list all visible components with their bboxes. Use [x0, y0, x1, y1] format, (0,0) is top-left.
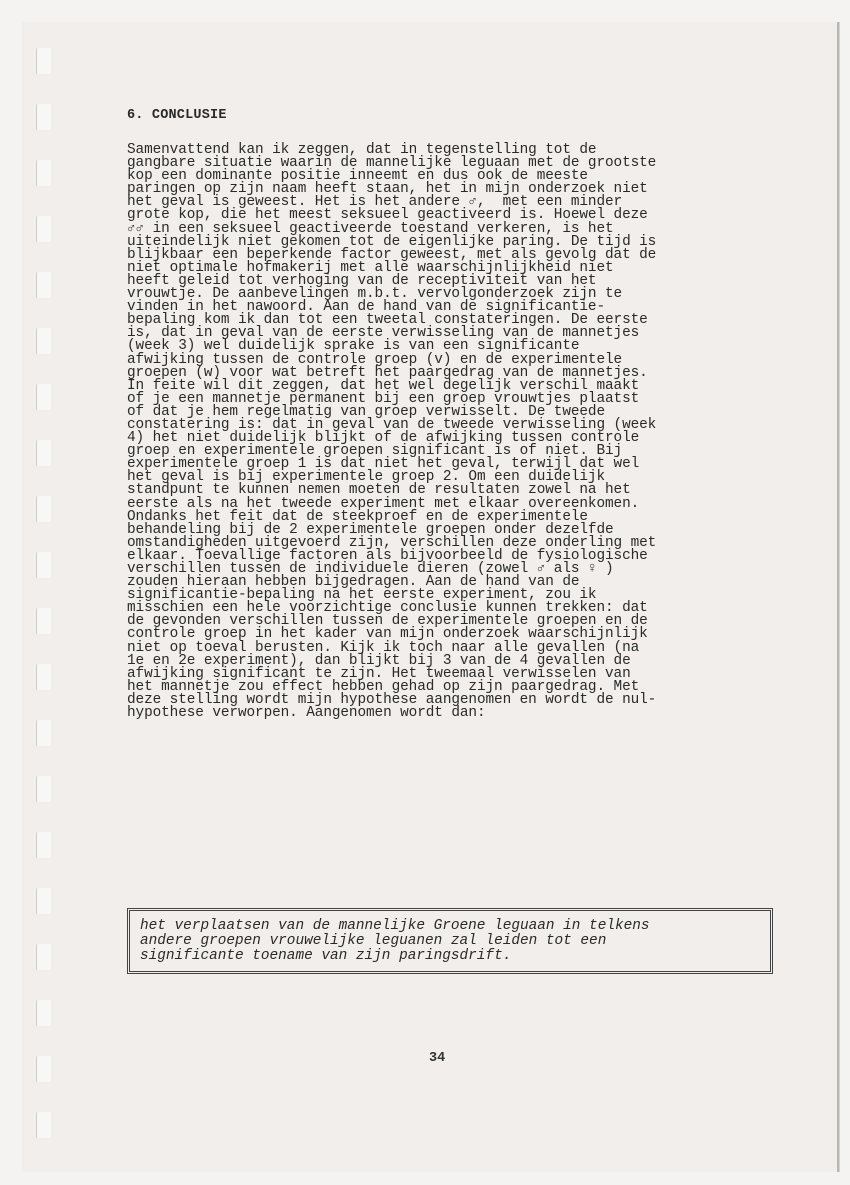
punch-hole: [36, 160, 51, 186]
hypothesis-line: significante toename van zijn paringsdri…: [140, 949, 760, 964]
page-number: 34: [429, 1051, 445, 1066]
punch-hole: [36, 48, 51, 74]
punch-hole: [36, 944, 51, 970]
punch-hole: [36, 1112, 51, 1138]
punch-hole: [36, 776, 51, 802]
punch-hole: [36, 720, 51, 746]
punch-hole: [36, 104, 51, 130]
hypothesis-box: het verplaatsen van de mannelijke Groene…: [127, 908, 773, 974]
punch-hole: [36, 272, 51, 298]
hypothesis-line: het verplaatsen van de mannelijke Groene…: [140, 919, 760, 934]
punch-hole: [36, 216, 51, 242]
punch-hole: [36, 608, 51, 634]
document-page: 6. CONCLUSIE Samenvattend kan ik zeggen,…: [22, 22, 839, 1172]
punch-hole: [36, 664, 51, 690]
punch-hole: [36, 1056, 51, 1082]
punch-hole: [36, 384, 51, 410]
binder-punch-holes: [36, 32, 56, 1172]
punch-hole: [36, 440, 51, 466]
punch-hole: [36, 328, 51, 354]
conclusion-paragraph: Samenvattend kan ik zeggen, dat in tegen…: [127, 144, 767, 720]
paragraph-line: hypothese verworpen. Aangenomen wordt da…: [127, 707, 767, 720]
page-content: 6. CONCLUSIE Samenvattend kan ik zeggen,…: [127, 108, 767, 720]
punch-hole: [36, 1000, 51, 1026]
section-heading: 6. CONCLUSIE: [127, 108, 767, 124]
punch-hole: [36, 888, 51, 914]
punch-hole: [36, 552, 51, 578]
punch-hole: [36, 832, 51, 858]
punch-hole: [36, 496, 51, 522]
hypothesis-line: andere groepen vrouwelijke leguanen zal …: [140, 934, 760, 949]
